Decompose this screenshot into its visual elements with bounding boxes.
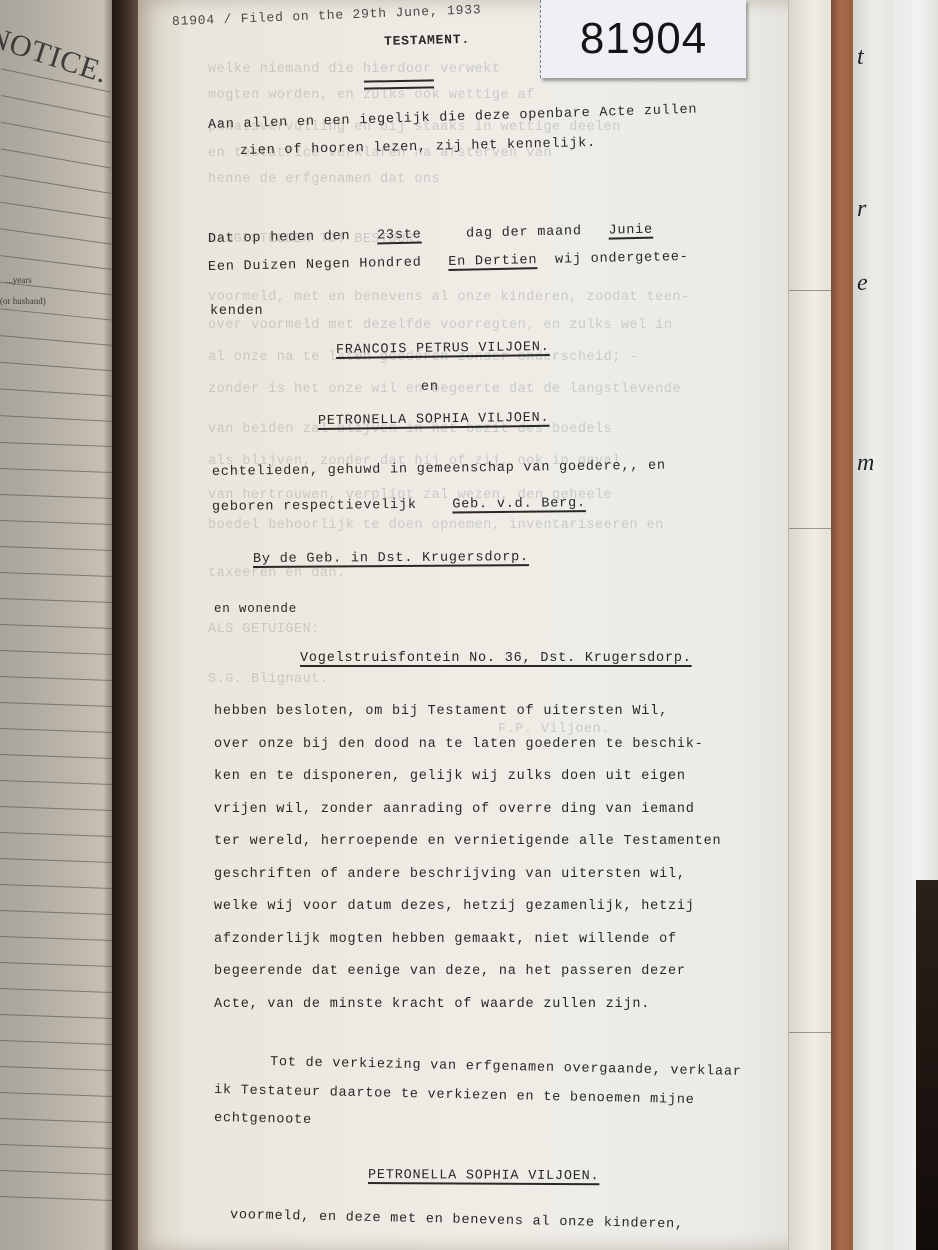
ghost-line: F.P. Viljoen. <box>498 722 610 737</box>
text-line: over onze bij den dood na te laten goede… <box>214 737 704 752</box>
text-line: ik Testateur daartoe te verkiezen en te … <box>214 1083 695 1108</box>
closing-line: voormeld, en deze met en benevens al onz… <box>230 1208 684 1233</box>
ruled-line <box>0 228 111 244</box>
ruled-line <box>0 858 112 863</box>
ruled-line <box>1 148 112 168</box>
ghost-line: voormeld, met en benevens al onze kinder… <box>208 290 690 305</box>
text-line: geschriften of andere beschrijving van u… <box>214 867 686 882</box>
ruled-line <box>0 1066 112 1071</box>
text-line: vrijen wil, zonder aanrading of overre d… <box>214 802 695 817</box>
ghost-line: ALS GETUIGEN: <box>208 622 320 637</box>
filing-note: 81904 / Filed on the 29th June, 1933 <box>172 2 482 29</box>
ruled-line <box>0 1118 112 1123</box>
born-value: Geb. v.d. Berg. <box>452 496 586 512</box>
born-line: geboren respectievelijk Geb. v.d. Berg. <box>212 496 586 515</box>
ruled-line <box>0 1170 112 1175</box>
date-line: Dat op heden den 23ste dag der maand Jun… <box>208 223 653 247</box>
ghost-line: welke niemand die hierdoor verwekt <box>208 62 500 77</box>
ruled-line <box>0 754 112 759</box>
handwritten-mark: t <box>857 44 864 71</box>
ruled-line <box>0 494 112 499</box>
text-line: hebben besloten, om bij Testament of uit… <box>214 704 668 719</box>
ghost-line: boedel behoorlijk te doen opnemen, inven… <box>208 518 664 533</box>
year-line: Een Duizen Negen Hondred En Dertien wij … <box>208 250 689 275</box>
ruled-line <box>1 122 111 144</box>
handwritten-mark: e <box>857 270 868 297</box>
residence: Vogelstruisfontein No. 36, Dst. Krugersd… <box>300 651 692 666</box>
ruled-line <box>0 780 112 785</box>
document-title: TESTAMENT. <box>384 32 470 49</box>
ruled-line <box>0 962 112 967</box>
ruled-line <box>0 546 112 551</box>
date-middle: dag der maand <box>466 224 582 241</box>
ghost-line: zonder is het onze wil en begeerte dat d… <box>208 382 681 397</box>
testator-name: FRANCOIS PETRUS VILJOEN. <box>336 340 550 358</box>
ruled-line <box>0 884 112 889</box>
date-line-end: kenden <box>210 304 263 319</box>
left-page-label: (or husband) <box>0 296 46 306</box>
ruled-line <box>0 988 112 993</box>
handwritten-mark: m <box>857 450 874 477</box>
ruled-line <box>0 282 111 295</box>
ruled-line <box>0 702 112 707</box>
ruled-line <box>0 415 112 422</box>
ruled-line <box>0 1014 112 1019</box>
ghost-line: taxeeren en dan. <box>208 566 346 581</box>
text-line: ter wereld, herroepende en vernietigende… <box>214 834 721 849</box>
ruled-line <box>1 175 112 194</box>
registration-number-label: 81904 <box>540 0 746 78</box>
text-line: afzonderlijk mogten hebben gemaakt, niet… <box>214 932 677 947</box>
birthplace: By de Geb. in Dst. Krugersdorp. <box>253 550 529 567</box>
ruled-line <box>0 624 112 629</box>
conjunction: en <box>421 380 439 395</box>
month-value: Junie <box>608 223 653 239</box>
ruled-line <box>0 832 112 837</box>
ruled-line <box>0 676 112 681</box>
day-value: 23ste <box>377 228 422 244</box>
outer-papers <box>893 0 938 1250</box>
title-rule <box>364 79 434 89</box>
text-line: echtgenoote <box>214 1111 312 1128</box>
ruled-line <box>1 95 111 118</box>
ruled-line <box>0 806 112 811</box>
ruled-line <box>0 1196 112 1201</box>
testament-sheet: welke niemand die hierdoor verwektmogten… <box>138 0 798 1250</box>
handwritten-mark: r <box>857 196 866 223</box>
year-prefix: Een Duizen Negen Hondred <box>208 256 422 275</box>
ghost-line: henne de erfgenamen dat ons <box>208 172 440 187</box>
folded-papers: t r e m <box>853 0 894 1250</box>
shadow-corner <box>916 880 938 1250</box>
ruled-line <box>0 1092 112 1097</box>
text-line: welke wij voor datum dezes, hetzij gezam… <box>214 899 695 914</box>
binder-strip <box>831 0 853 1250</box>
text-line: begeerende dat eenige van deze, na het p… <box>214 964 686 979</box>
year-value: En Dertien <box>448 253 537 270</box>
left-register-page: NOTICE. ...years (or husband) <box>0 0 112 1250</box>
ruled-line <box>0 388 112 396</box>
ghost-line: over voormeld met dezelfde voorregten, e… <box>208 318 672 333</box>
ruled-line <box>0 598 112 603</box>
ruled-line <box>0 362 112 371</box>
ruled-line <box>0 308 112 320</box>
year-suffix: wij ondergetee- <box>555 250 689 268</box>
attached-papers <box>788 0 837 1250</box>
date-prefix: Dat op heden den <box>208 229 351 247</box>
born-prefix: geboren respectievelijk <box>212 498 417 515</box>
ruled-line <box>0 1040 112 1045</box>
ghost-line: S.G. Blignaut. <box>208 672 328 687</box>
ruled-line <box>0 335 112 346</box>
ruled-line <box>0 1144 112 1149</box>
ruled-line <box>1 202 112 220</box>
ruled-line <box>0 936 112 941</box>
text-line: Acte, van de minste kracht of waarde zul… <box>214 997 650 1012</box>
text-line: Tot de verkiezing van erfgenamen overgaa… <box>270 1055 742 1080</box>
ruled-line <box>0 728 112 733</box>
ruled-line <box>0 650 112 655</box>
testatrix-name: PETRONELLA SOPHIA VILJOEN. <box>318 411 550 429</box>
residing-label: en wonende <box>214 602 297 616</box>
ruled-line <box>0 442 112 447</box>
ruled-line <box>0 255 111 270</box>
ruled-line <box>0 468 112 473</box>
ruled-line <box>0 520 112 525</box>
ghost-line: mogten worden, en zulks ook wettige af <box>208 88 535 103</box>
ruled-line <box>0 572 112 577</box>
heir-name: PETRONELLA SOPHIA VILJOEN. <box>368 1168 600 1184</box>
ruled-line <box>0 910 112 915</box>
text-line: ken en te disponeren, gelijk wij zulks d… <box>214 769 686 784</box>
